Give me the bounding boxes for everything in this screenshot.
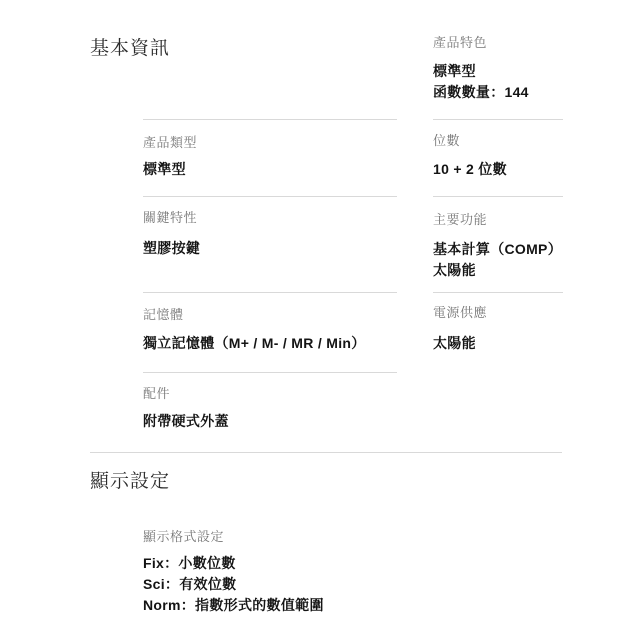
divider xyxy=(433,292,563,293)
spec-value: Fix：小數位數 xyxy=(143,553,236,574)
spec-value: 獨立記憶體（M+ / M- / MR / Min） xyxy=(143,333,366,354)
divider xyxy=(143,372,397,373)
section-title-basic-info: 基本資訊 xyxy=(90,37,170,61)
spec-label-product-features: 產品特色 xyxy=(433,35,487,51)
spec-value: Norm：指數形式的數值範圍 xyxy=(143,595,324,616)
product-spec-page: 基本資訊 產品特色 標準型 函數數量：144 產品類型 標準型 位數 10 + … xyxy=(0,0,640,640)
spec-value: 太陽能 xyxy=(433,333,476,354)
divider xyxy=(433,196,563,197)
divider xyxy=(143,292,397,293)
spec-value: 標準型 xyxy=(433,61,476,82)
spec-label-display-format: 顯示格式設定 xyxy=(143,529,224,545)
spec-value: Sci：有效位數 xyxy=(143,574,236,595)
spec-value: 10 + 2 位數 xyxy=(433,159,507,180)
spec-value: 塑膠按鍵 xyxy=(143,238,200,259)
spec-label-key-features: 關鍵特性 xyxy=(143,210,197,226)
section-title-display-settings: 顯示設定 xyxy=(90,470,170,494)
spec-label-power-supply: 電源供應 xyxy=(433,305,487,321)
spec-value: 太陽能 xyxy=(433,260,476,281)
section-divider xyxy=(90,452,562,453)
spec-value: 基本計算（COMP） xyxy=(433,239,562,260)
spec-value: 附帶硬式外蓋 xyxy=(143,411,229,432)
spec-value: 標準型 xyxy=(143,159,186,180)
spec-label-digits: 位數 xyxy=(433,133,460,149)
spec-value: 函數數量：144 xyxy=(433,82,529,103)
spec-label-product-type: 產品類型 xyxy=(143,135,197,151)
divider xyxy=(143,119,397,120)
spec-label-memory: 記憶體 xyxy=(143,307,184,323)
spec-label-accessories: 配件 xyxy=(143,386,170,402)
divider xyxy=(143,196,397,197)
spec-label-main-functions: 主要功能 xyxy=(433,212,487,228)
divider xyxy=(433,119,563,120)
